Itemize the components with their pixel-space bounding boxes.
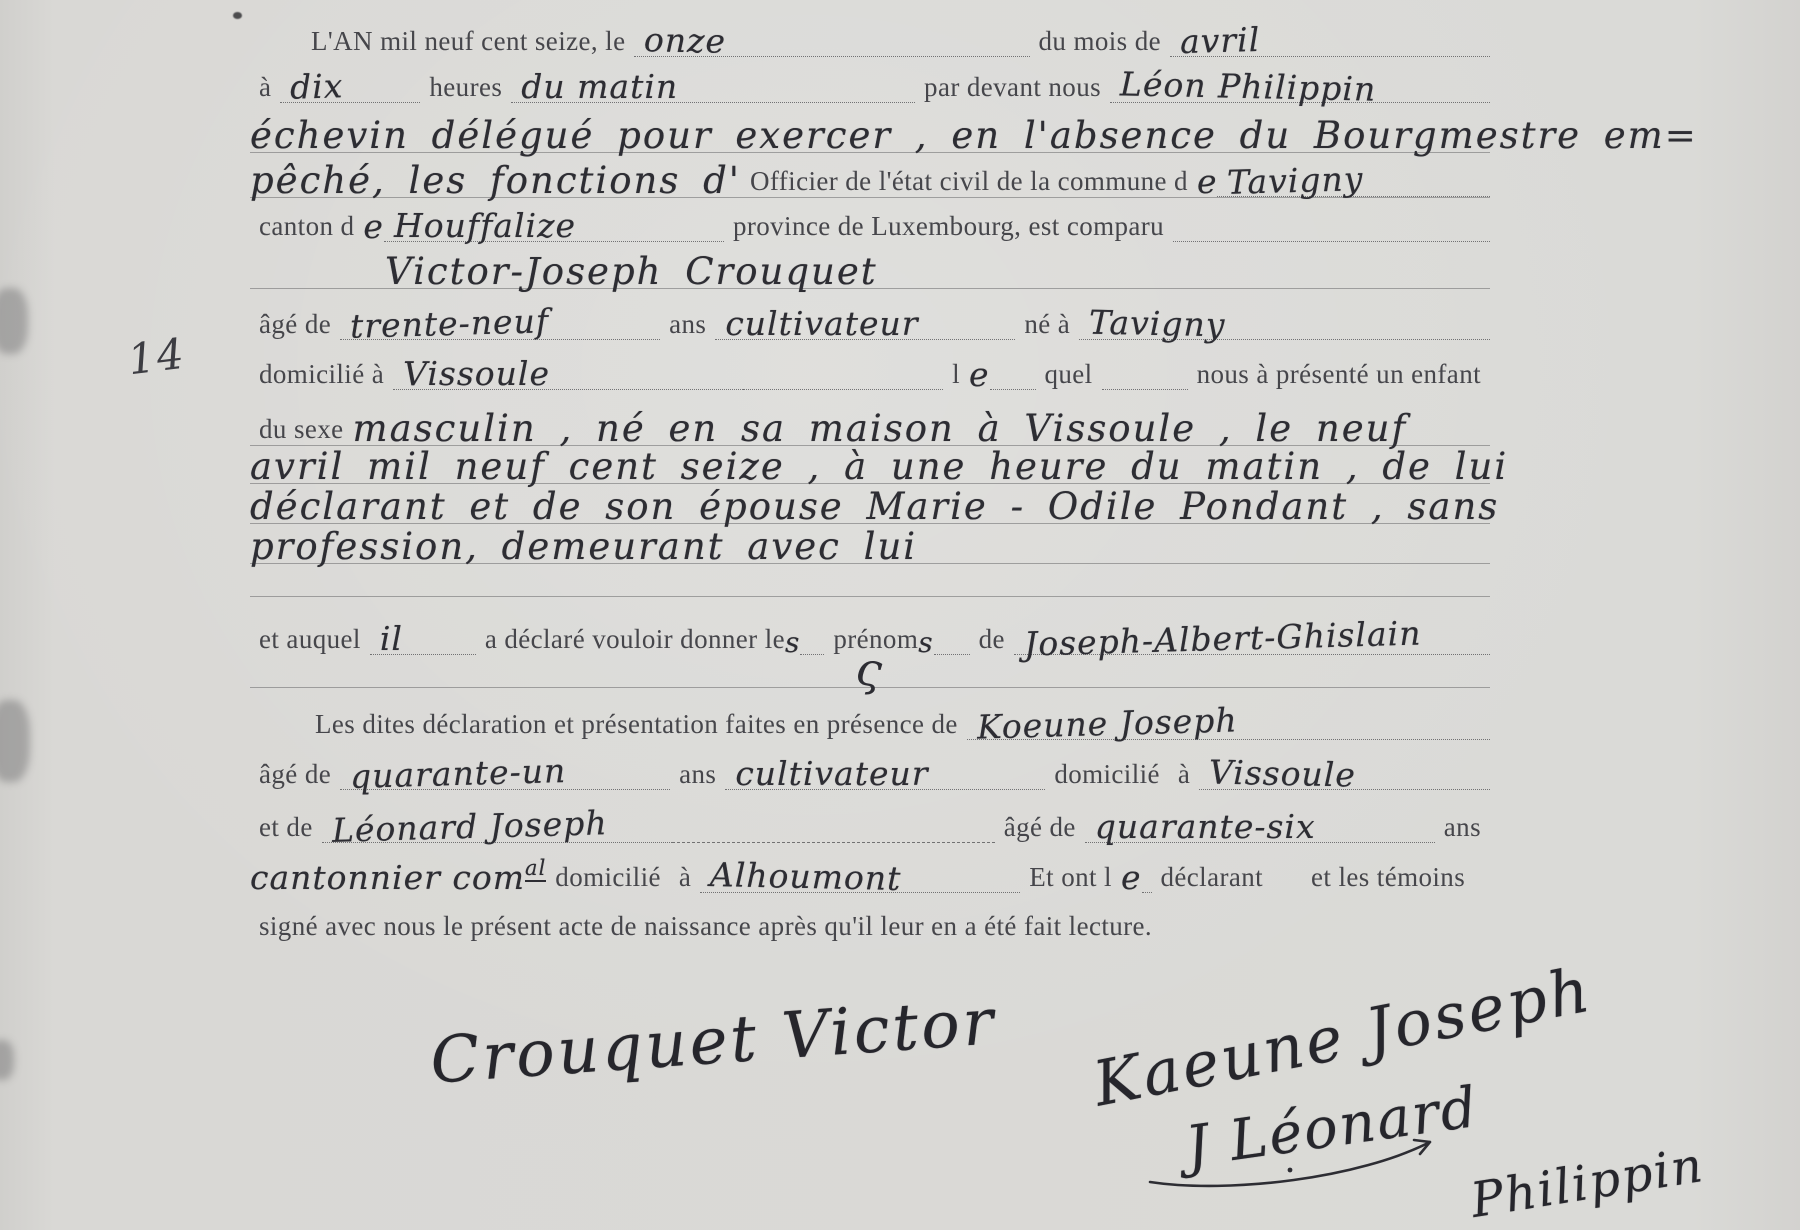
entry-witness1-age: quarante-un [350, 756, 567, 792]
entry-declarant-birthplace: Tavigny [1089, 308, 1226, 341]
form-line-declarant-name: Victor-Joseph Crouquet [250, 242, 1490, 289]
printed-month-label: du mois de [1030, 25, 1171, 57]
printed-canton-label: canton d [250, 210, 363, 242]
entry-hour: dix [290, 72, 344, 103]
signature-officer: Philippin [1467, 1137, 1708, 1229]
form-line-officer-role: échevin délégué pour exercer , en l'abse… [250, 106, 1490, 153]
entry-witness2-name: Léonard Joseph [331, 808, 607, 845]
form-line-date: L'AN mil neuf cent seize, le onze du moi… [250, 11, 1490, 57]
printed-province-label: province de Luxembourg, est comparu [724, 210, 1173, 242]
form-line-declarant-age: âgé de trente-neuf ans cultivateur né à … [250, 294, 1490, 340]
ink-speck [233, 12, 242, 19]
act-number: 14 [125, 329, 188, 385]
printed-quel-label: quel [1036, 358, 1102, 390]
pen-flourish: e [363, 212, 384, 242]
pen-flourish: e [1197, 167, 1218, 197]
form-line-hour-officer: à dix heures du matin par devant nous Lé… [250, 57, 1490, 103]
printed-le-label: l [943, 358, 969, 390]
entry-child-given-names: Joseph-Albert-Ghislain [1024, 619, 1422, 660]
entry-birth-details-4: profession, demeurant avec lui [250, 530, 917, 563]
printed-years-label: ans [660, 308, 715, 340]
printed-age-label: âgé de [995, 811, 1085, 843]
signature-flourish [1140, 1120, 1460, 1190]
printed-at-label: à [250, 71, 280, 103]
empty-ruled-line [250, 596, 1490, 597]
printed-hours-label: heures [420, 71, 511, 103]
printed-declarant-label: déclarant [1152, 861, 1273, 893]
printed-and-to-whom-label: et auquel [250, 623, 370, 655]
printed-domiciled-label: domicilié [546, 861, 670, 893]
pen-squiggle: ς [853, 641, 884, 697]
printed-age-label: âgé de [250, 308, 340, 340]
printed-and-witnesses-label: et les témoins [1302, 861, 1474, 893]
form-line-declarant-domicile: domicilié à Vissoule l e quel nous à pré… [250, 344, 1490, 390]
printed-before-us-label: par devant nous [915, 71, 1110, 103]
printed-a-label: à [1169, 758, 1199, 790]
entry-month: avril [1180, 25, 1261, 57]
printed-signed-clause: signé avec nous le présent acte de naiss… [250, 910, 1161, 942]
printed-and-of-label: et de [250, 811, 322, 843]
form-line-commune: pêché, les fonctions d' Officier de l'ét… [250, 151, 1490, 198]
entry-witness2-profession: cantonnier comal [250, 860, 546, 893]
printed-age-label: âgé de [250, 758, 340, 790]
form-line-witness2-details: cantonnier comal domicilié à Alhoumont E… [250, 847, 1490, 893]
form-line-signature-clause: signé avec nous le présent acte de naiss… [250, 900, 1490, 942]
entry-declarant-profession: cultivateur [725, 309, 918, 339]
printed-year-label: L'AN mil neuf cent seize, le [302, 25, 634, 57]
entry-officer-name: Léon Philippin [1120, 70, 1377, 105]
printed-et-ont-le-label: Et ont l [1020, 861, 1121, 893]
form-line-witness1-details: âgé de quarante-un ans cultivateur domic… [250, 744, 1490, 790]
entry-commune: Tavigny [1227, 164, 1364, 197]
entry-declarant-name: Victor-Joseph Crouquet [385, 255, 878, 288]
entry-declarant-domicile: Vissoule [403, 359, 550, 389]
page-edge-smudge [0, 700, 30, 782]
form-line-witness2: et de Léonard Joseph âgé de quarante-six… [250, 797, 1490, 843]
entry-plural-s: s [918, 630, 933, 655]
printed-domiciled-label: domicilié à [250, 358, 393, 390]
entry-plural-s: s [785, 630, 800, 655]
page-edge-smudge [0, 288, 28, 354]
page-edge-smudge [0, 1040, 14, 1080]
entry-officer-role: échevin délégué pour exercer , en l'abse… [250, 119, 1698, 152]
form-line-canton: canton d e Houffalize province de Luxemb… [250, 196, 1490, 242]
printed-years-label: ans [670, 758, 725, 790]
form-line-witnesses-intro: Les dites déclaration et présentation fa… [250, 694, 1490, 740]
pen-flourish: e [1121, 863, 1142, 893]
entry-declarant-age: trente-neuf [350, 307, 550, 342]
entry-officer-role-cont: pêché, les fonctions d' [250, 164, 741, 197]
entry-day: onze [644, 25, 727, 56]
form-line-mother-cont: profession, demeurant avec lui [250, 517, 1490, 564]
birth-certificate-scan: 14 L'AN mil neuf cent seize, le onze du … [0, 0, 1800, 1230]
printed-de-label: de [970, 623, 1014, 655]
entry-witness2-age: quarante-six [1095, 812, 1316, 842]
superscript-al: al [525, 856, 546, 882]
printed-a-label: à [670, 861, 700, 893]
printed-presented-child-label: nous à présenté un enfant [1188, 358, 1490, 390]
entry-witness1-profession: cultivateur [735, 759, 928, 789]
printed-born-at-label: né à [1015, 308, 1079, 340]
printed-declared-names-label: a déclaré vouloir donner le [476, 623, 785, 655]
entry-time-of-day: du matin [521, 72, 678, 102]
entry-witness2-domicile: Alhoumont [710, 860, 902, 894]
printed-civil-officer-label: Officier de l'état civil de la commune d [741, 165, 1197, 197]
pen-flourish: e [969, 360, 990, 390]
entry-witness1-domicile: Vissoule [1209, 758, 1356, 791]
printed-domiciled-label: domicilié [1045, 758, 1169, 790]
entry-witness1-name: Koeune Joseph [976, 706, 1237, 743]
printed-declaration-presence-label: Les dites déclaration et présentation fa… [306, 708, 967, 740]
printed-years-label: ans [1435, 811, 1490, 843]
entry-canton: Houffalize [394, 211, 576, 241]
signature-declarant: Crouquet Victor [428, 985, 998, 1098]
entry-il: il [380, 624, 403, 654]
